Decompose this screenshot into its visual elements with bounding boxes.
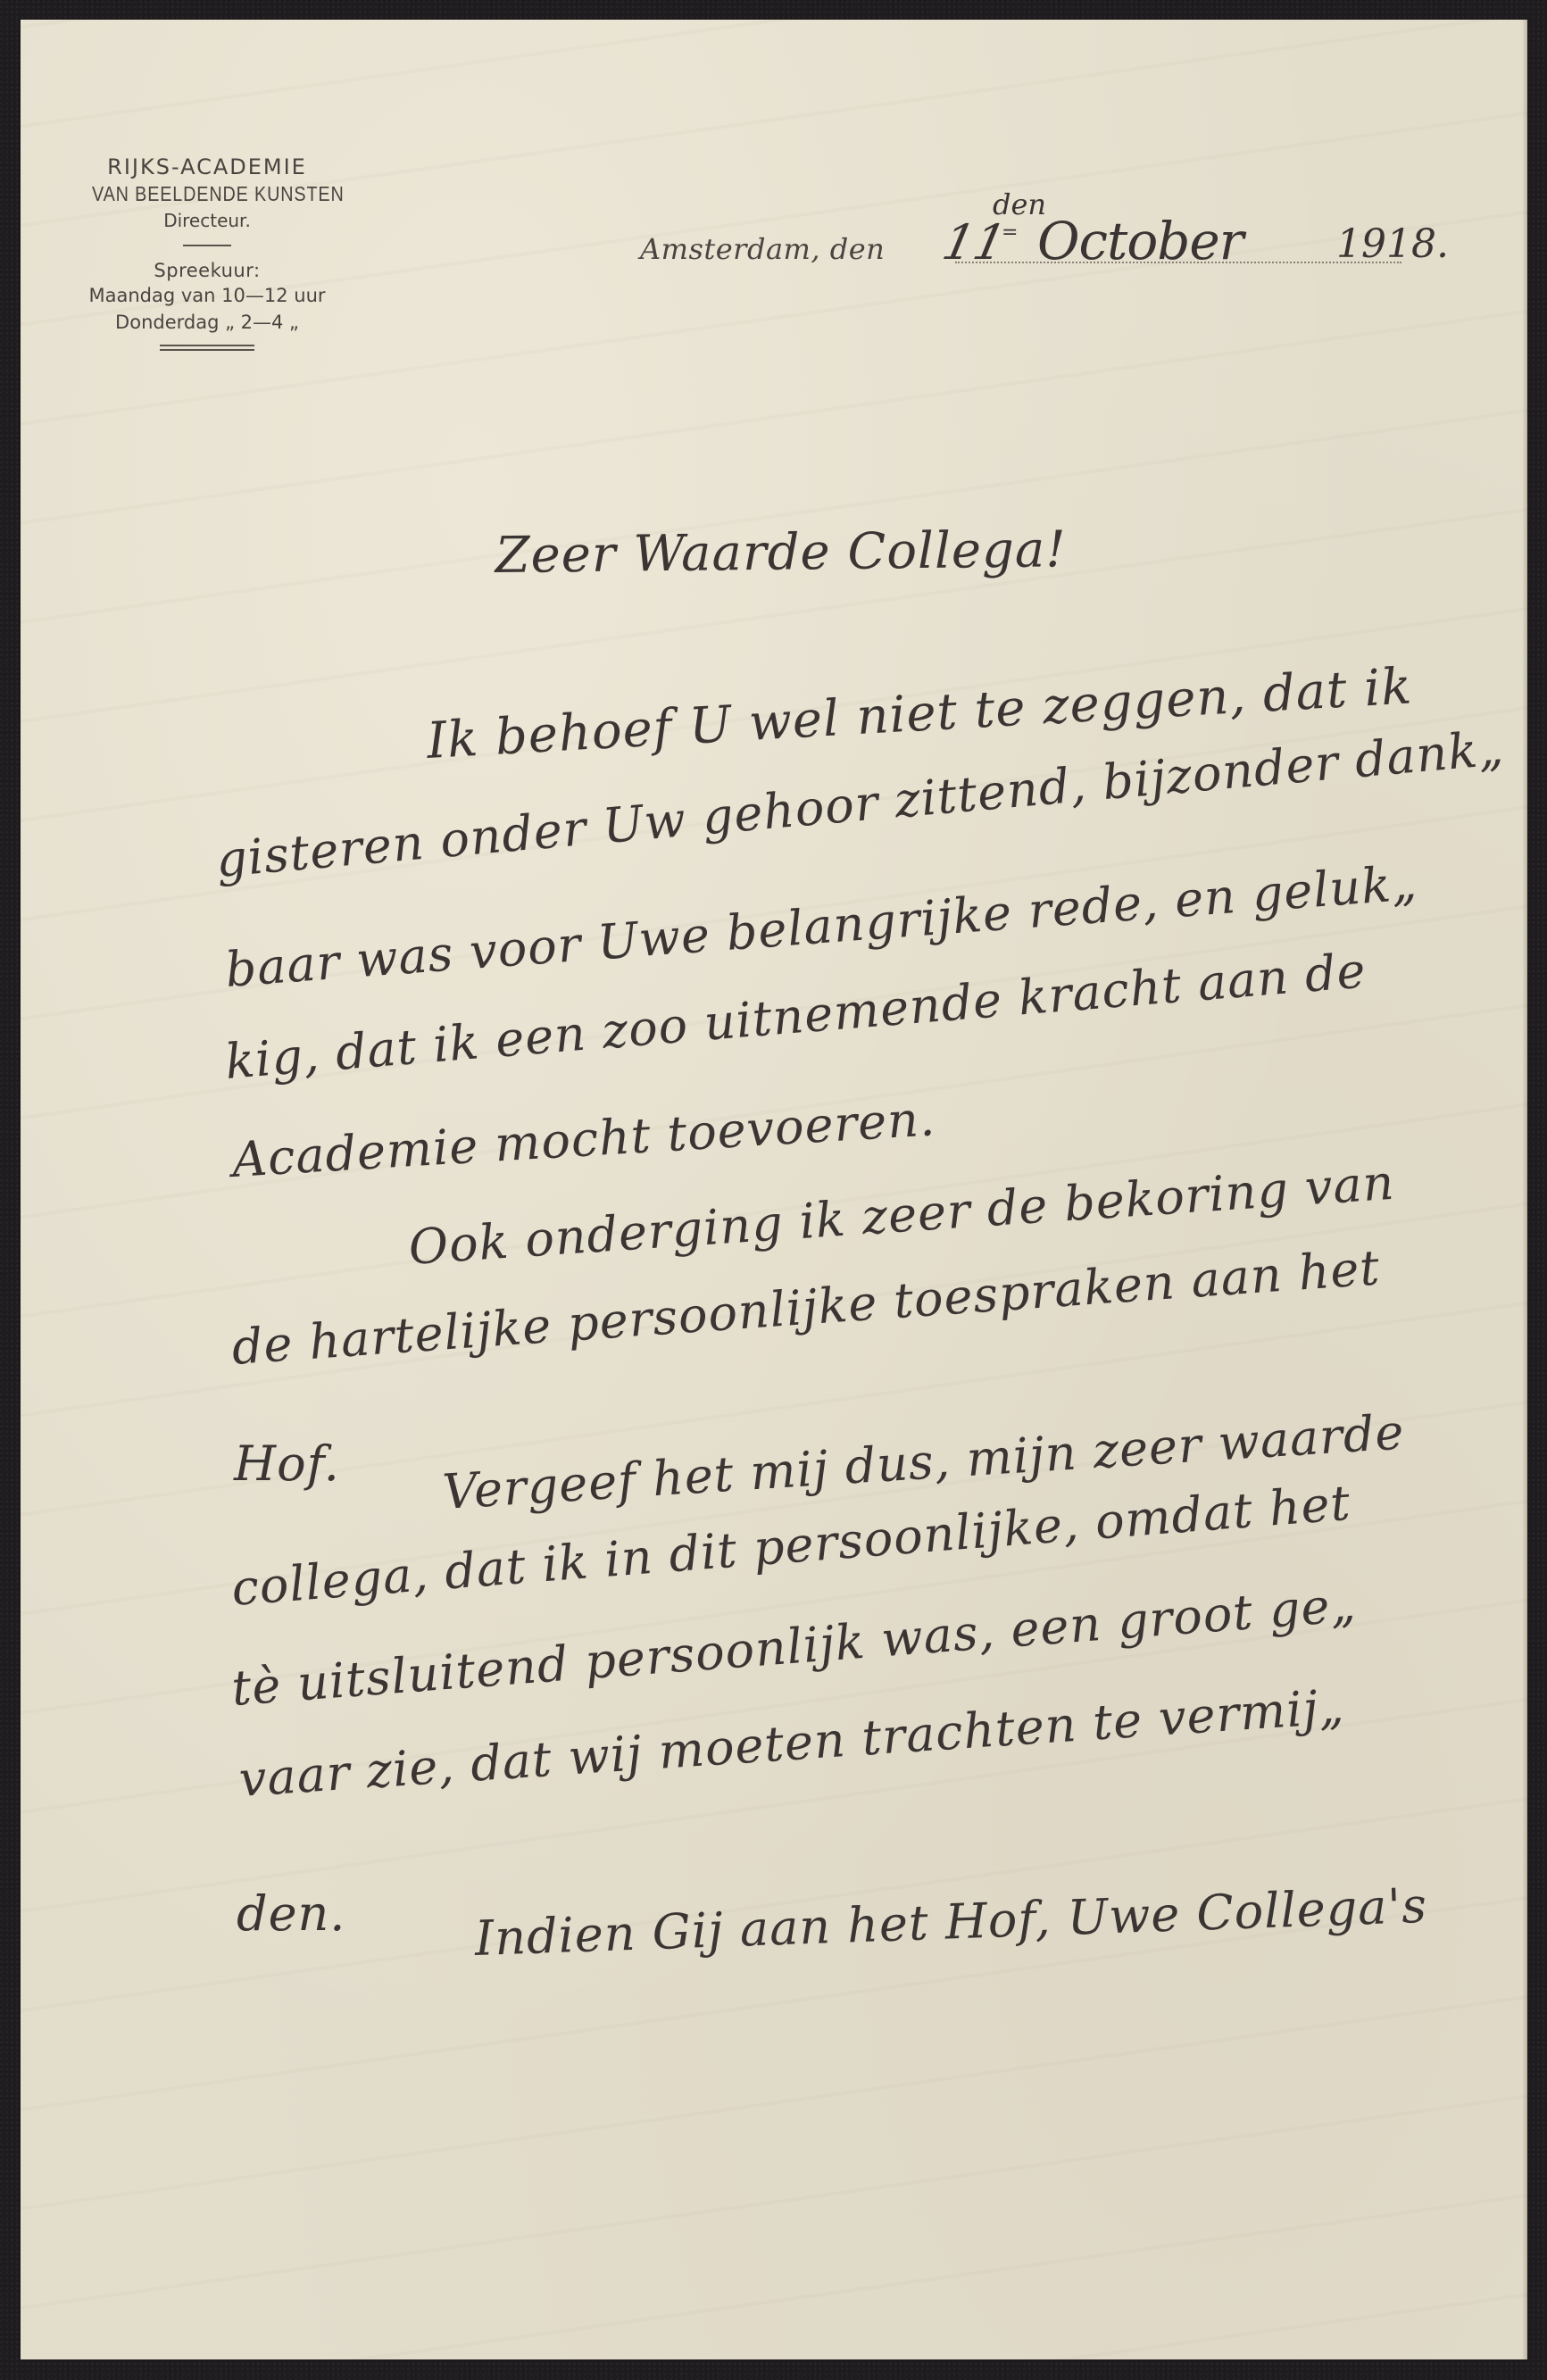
institution-name: RIJKS-ACADEMIE [73, 154, 341, 180]
letter-line: den. [237, 1885, 345, 1942]
date-suffix-mark: = [1002, 221, 1018, 244]
letterhead-divider [183, 245, 231, 246]
date-day: 11 [937, 214, 1011, 270]
office-hours-title: Spreekuur: [73, 259, 341, 282]
date-line: Amsterdam, den 11 den = October 1918. [640, 212, 1475, 275]
institution-subtitle: VAN BEELDENDE KUNSTEN [92, 180, 322, 207]
office-hours-thursday: Donderdag „ 2—4 „ [73, 309, 341, 336]
salutation: Zeer Waarde Collega! [495, 520, 1067, 585]
date-year: 1918. [1336, 221, 1449, 267]
date-place-printed: Amsterdam, den [640, 232, 885, 266]
date-month: October [1037, 211, 1243, 271]
letter-line: Hof. [234, 1435, 340, 1492]
letterhead-double-rule [160, 345, 254, 351]
office-hours-monday: Maandag van 10—12 uur [73, 282, 341, 309]
letterhead: RIJKS-ACADEMIE VAN BEELDENDE KUNSTEN Dir… [73, 154, 341, 351]
letterhead-role: Directeur. [73, 209, 341, 232]
